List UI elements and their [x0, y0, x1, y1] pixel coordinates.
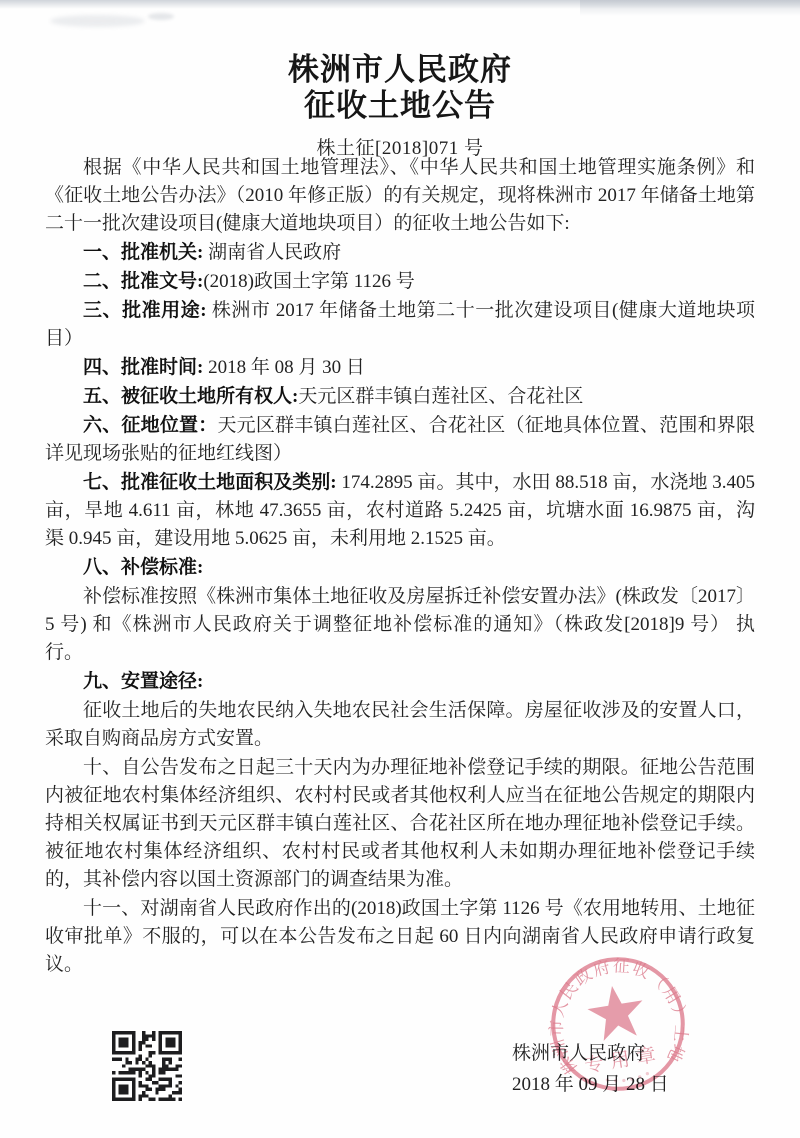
paragraph-text: (2018)政国土字第 1126 号 — [203, 271, 414, 292]
paragraph-label: 九、安置途径: — [83, 671, 203, 692]
paragraph-label: 四、批准时间: — [83, 357, 203, 378]
paragraph: 三、批准用途: 株洲市 2017 年储备土地第二十一批次建设项目(健康大道地块项… — [45, 297, 755, 353]
paragraph: 二、批准文号:(2018)政国土字第 1126 号 — [45, 268, 755, 296]
paragraph-label: 三、批准用途: — [83, 300, 207, 321]
paragraph-label: 六、征地位置： — [83, 415, 217, 436]
paragraph-text: 2018 年 08 月 30 日 — [203, 357, 365, 378]
paragraph: 八、补偿标准: — [45, 554, 755, 582]
paragraph-text: 根据《中华人民共和国土地管理法》、《中华人民共和国土地管理实施条例》和《征收土地… — [45, 157, 755, 234]
paragraph: 十、自公告发布之日起三十天内为办理征地补偿登记手续的期限。征地公告范围内被征地农… — [45, 754, 755, 894]
paragraph-label: 五、被征收土地所有权人: — [83, 386, 298, 407]
signature-block: 株洲市人民政府 2018 年 09 月 28 日 — [512, 1038, 669, 1100]
page-title-line1: 株洲市人民政府 — [45, 52, 755, 88]
scan-smudge — [148, 13, 174, 20]
paragraph-text: 十一、对湖南省人民政府作出的(2018)政国土字第 1126 号《农用地转用、土… — [45, 898, 755, 975]
paragraph: 十一、对湖南省人民政府作出的(2018)政国土字第 1126 号《农用地转用、土… — [45, 895, 755, 979]
paragraph: 六、征地位置：天元区群丰镇白莲社区、合花社区（征地具体位置、范围和界限详见现场张… — [45, 412, 755, 468]
paragraph-text: 补偿标准按照《株洲市集体土地征收及房屋拆迁补偿安置办法》(株政发〔2017〕5 … — [45, 586, 755, 663]
document-body: 根据《中华人民共和国土地管理法》、《中华人民共和国土地管理实施条例》和《征收土地… — [45, 153, 755, 980]
qr-code — [112, 1031, 182, 1101]
paragraph-label: 一、批准机关: — [83, 242, 203, 263]
paragraph-text: 征收土地后的失地农民纳入失地农民社会生活保障。房屋征收涉及的安置人口，采取自购商… — [45, 700, 755, 749]
paragraph-label: 七、批准征收土地面积及类别: — [83, 472, 337, 493]
star-icon — [585, 982, 648, 1043]
scan-smudge — [50, 15, 145, 27]
document-header: 株洲市人民政府 征收土地公告 株土征[2018]071 号 — [45, 52, 755, 160]
paragraph-label: 二、批准文号: — [83, 271, 203, 292]
paragraph: 一、批准机关: 湖南省人民政府 — [45, 239, 755, 267]
paragraph-text: 天元区群丰镇白莲社区、合花社区 — [298, 386, 583, 407]
paragraph: 七、批准征收土地面积及类别: 174.2895 亩。其中，水田 88.518 亩… — [45, 469, 755, 553]
paragraph: 五、被征收土地所有权人:天元区群丰镇白莲社区、合花社区 — [45, 383, 755, 411]
scanned-document-page: 株洲市人民政府 征收土地公告 株土征[2018]071 号 根据《中华人民共和国… — [0, 0, 800, 1138]
paragraph-text: 湖南省人民政府 — [203, 242, 341, 263]
paragraph-text: 十、自公告发布之日起三十天内为办理征地补偿登记手续的期限。征地公告范围内被征地农… — [45, 757, 755, 890]
paragraph-label: 八、补偿标准: — [83, 557, 203, 578]
signature-date: 2018 年 09 月 28 日 — [512, 1069, 669, 1100]
paragraph: 补偿标准按照《株洲市集体土地征收及房屋拆迁补偿安置办法》(株政发〔2017〕5 … — [45, 583, 755, 667]
paragraph: 根据《中华人民共和国土地管理法》、《中华人民共和国土地管理实施条例》和《征收土地… — [45, 154, 755, 238]
paragraph: 九、安置途径: — [45, 668, 755, 696]
signature-org: 株洲市人民政府 — [512, 1038, 669, 1069]
paragraph: 征收土地后的失地农民纳入失地农民社会生活保障。房屋征收涉及的安置人口，采取自购商… — [45, 697, 755, 753]
page-title-line2: 征收土地公告 — [45, 88, 755, 124]
paragraph: 四、批准时间: 2018 年 08 月 30 日 — [45, 354, 755, 382]
scan-corner-artifact — [580, 0, 800, 16]
